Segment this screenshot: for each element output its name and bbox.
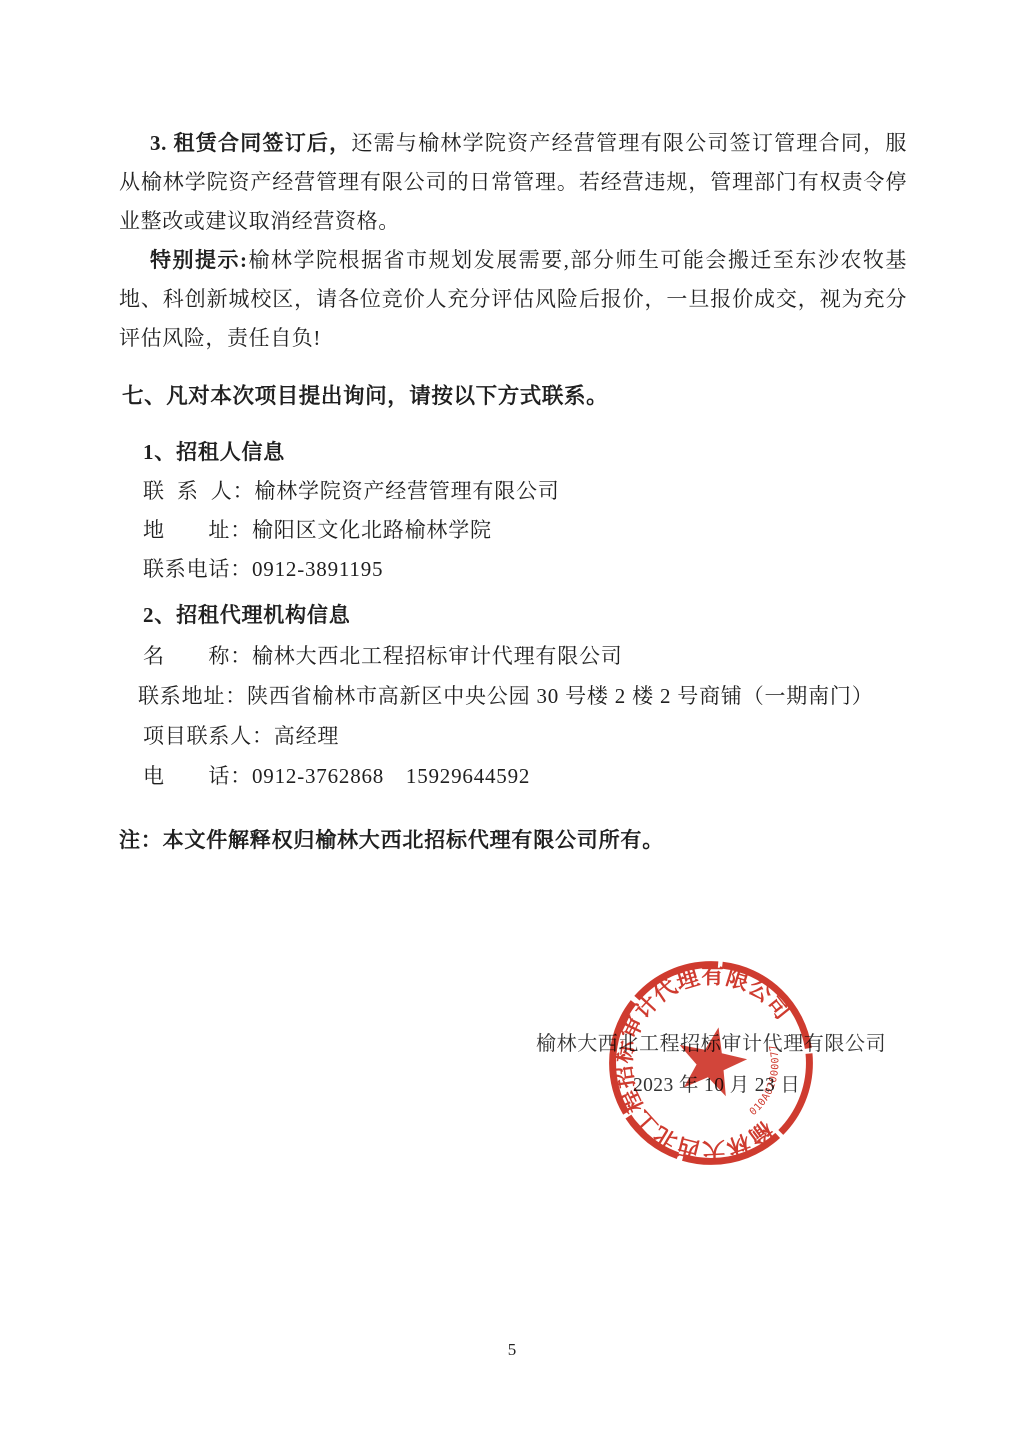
paragraph-special-notice-lead: 特别提示: bbox=[150, 248, 248, 272]
seal-serial-text-path: 010A02000077 bbox=[748, 1043, 782, 1118]
seal-star-icon bbox=[671, 1020, 752, 1099]
lessor-phone: 联系电话：0912-3891195 bbox=[143, 553, 383, 583]
paragraph-lease-contract-lead: 3. 租赁合同签订后， bbox=[150, 131, 351, 155]
company-seal: 榆林大西北工程招标审计代理有限公司 010A02000077 bbox=[604, 956, 818, 1170]
paragraph-special-notice: 特别提示:榆林学院根据省市规划发展需要,部分师生可能会搬迁至东沙农牧基地、科创新… bbox=[119, 241, 907, 358]
lessor-info-heading: 1、招租人信息 bbox=[143, 436, 285, 466]
seal-serial-text: 010A02000077 bbox=[748, 1043, 782, 1118]
agency-address: 联系地址：陕西省榆林市高新区中央公园 30 号楼 2 楼 2 号商铺（一期南门） bbox=[138, 680, 874, 710]
paragraph-lease-contract: 3. 租赁合同签订后，还需与榆林学院资产经营管理有限公司签订管理合同，服从榆林学… bbox=[119, 124, 907, 241]
agency-phone: 电 话：0912-3762868 15929644592 bbox=[143, 760, 530, 790]
agency-info-heading: 2、招租代理机构信息 bbox=[143, 599, 351, 629]
page-number: 5 bbox=[0, 1340, 1024, 1360]
section-7-heading: 七、凡对本次项目提出询问，请按以下方式联系。 bbox=[122, 379, 608, 410]
lessor-contact-person: 联 系 人：榆林学院资产经营管理有限公司 bbox=[143, 475, 560, 505]
document-page: 3. 租赁合同签订后，还需与榆林学院资产经营管理有限公司签订管理合同，服从榆林学… bbox=[0, 0, 1024, 1448]
lessor-address: 地 址：榆阳区文化北路榆林学院 bbox=[143, 514, 492, 544]
interpretation-note: 注：本文件解释权归榆林大西北招标代理有限公司所有。 bbox=[119, 824, 664, 854]
agency-project-contact: 项目联系人：高经理 bbox=[143, 720, 339, 750]
agency-name: 名 称：榆林大西北工程招标审计代理有限公司 bbox=[143, 640, 623, 670]
